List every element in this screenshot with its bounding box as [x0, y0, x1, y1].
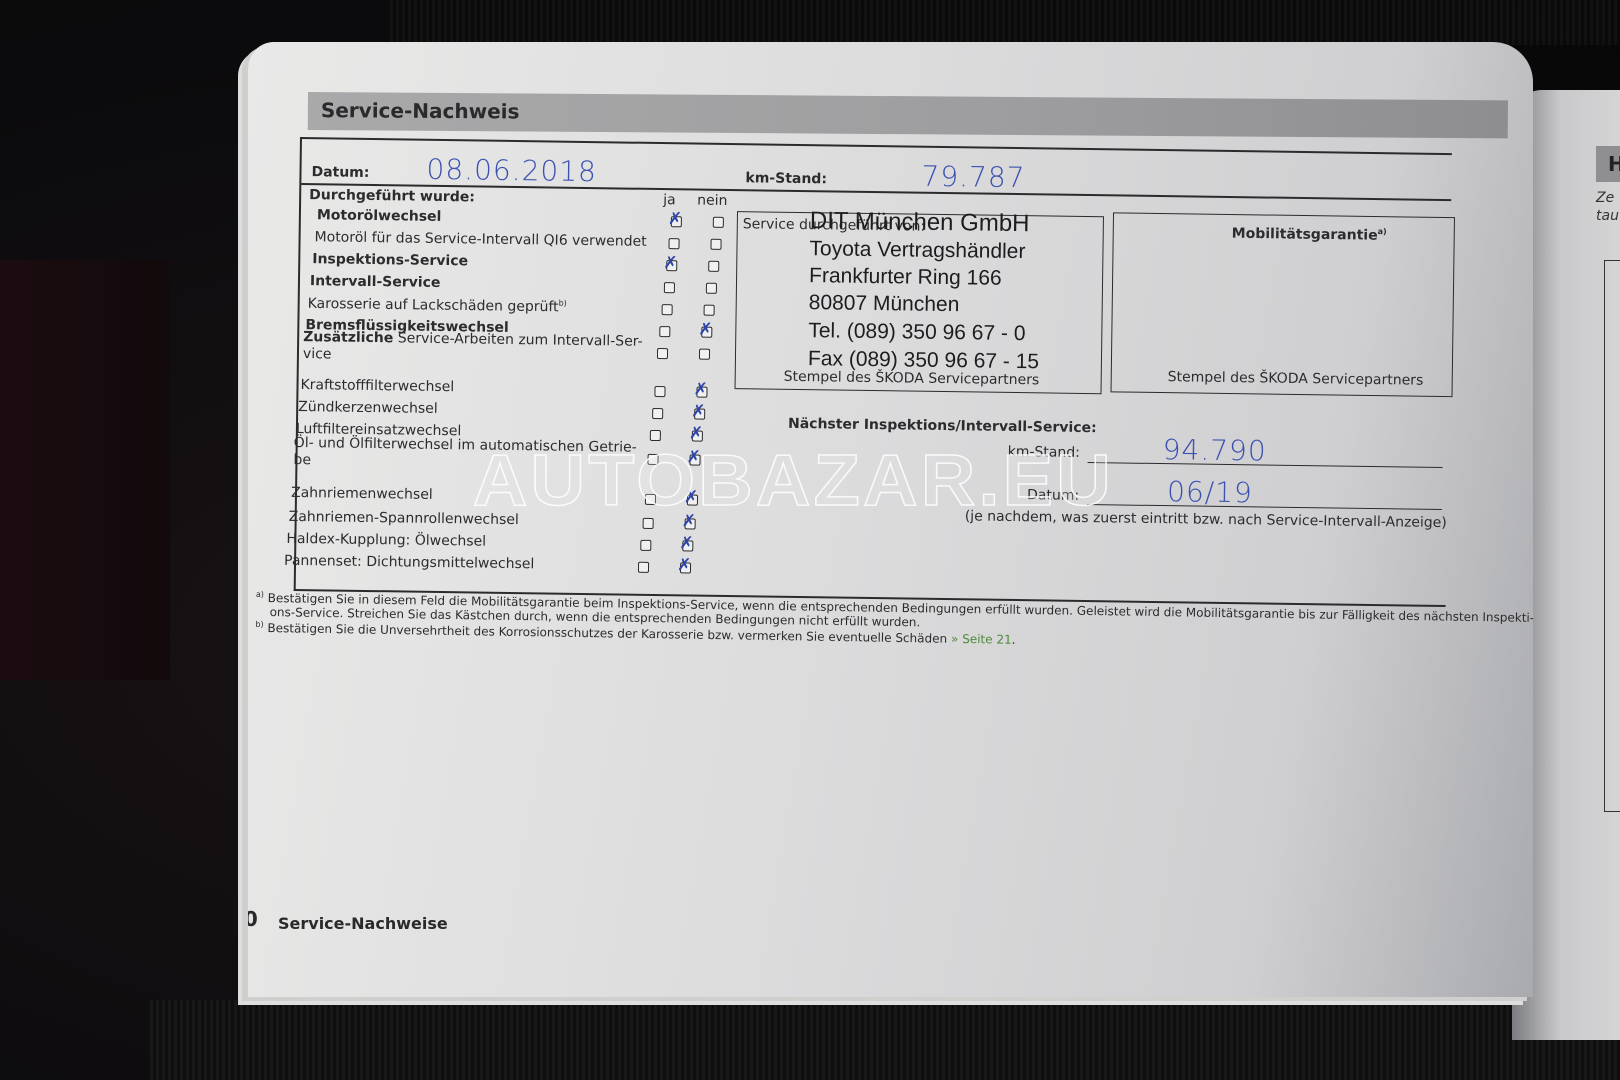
checklist-label: Zusätzliche Service-Arbeiten zum Interva… — [303, 329, 643, 368]
checklist-label: Karosserie auf Lackschäden geprüftb) — [308, 295, 567, 315]
checkbox-nein[interactable] — [706, 283, 717, 294]
date-label: Datum: — [311, 164, 369, 181]
page-section-title: Service-Nachweise — [278, 914, 448, 933]
service-stamp-box: Service durchgeführt von: DIT München Gm… — [735, 211, 1104, 394]
footnote-marker: a) — [256, 590, 264, 599]
next-km-value[interactable]: 94.790 — [1162, 433, 1266, 467]
checkbox-nein[interactable] — [701, 327, 712, 338]
right-page-box — [1604, 260, 1620, 812]
km-value[interactable]: 79.787 — [921, 160, 1025, 194]
checkbox-ja[interactable] — [654, 386, 665, 397]
footnote-end: . — [1012, 633, 1016, 647]
section-header: Service-Nachweis — [308, 92, 1508, 138]
date-value[interactable]: 08.06.2018 — [426, 153, 597, 188]
performed-label: Durchgeführt wurde: — [309, 187, 475, 205]
right-page-text: tau — [1596, 208, 1619, 224]
mobility-guarantee-box: Mobilitätsgarantiea) Stempel des ŠKODA S… — [1111, 212, 1455, 397]
checklist-label: Motorölwechsel — [317, 207, 442, 225]
checklist-label: Intervall-Service — [310, 273, 441, 291]
checklist-label: Motoröl für das Service-Intervall QI6 ve… — [314, 229, 646, 250]
next-date-value[interactable]: 06/19 — [1167, 475, 1253, 509]
stamp-line: DIT München GmbH — [810, 207, 1030, 238]
checkbox-ja[interactable] — [659, 326, 670, 337]
checkbox-ja[interactable] — [638, 562, 649, 573]
checkbox-ja[interactable] — [664, 282, 675, 293]
watermark: AUTOBAZAR.EU — [473, 440, 1114, 522]
background-fabric-bottom — [150, 1000, 1620, 1080]
footnote-marker: b) — [559, 299, 567, 308]
footnote-marker: b) — [255, 620, 263, 629]
background-seat — [0, 260, 170, 680]
checkbox-ja[interactable] — [657, 348, 668, 359]
checkbox-nein[interactable] — [696, 387, 707, 398]
mobility-title: Mobilitätsgarantiea) — [1232, 225, 1387, 244]
stamp-line: Tel. (089) 350 96 67 - 0 — [808, 319, 1025, 346]
checklist-label-bold: Zusätzliche — [303, 329, 393, 346]
checklist-label: Haldex-Kupplung: Ölwechsel — [286, 531, 486, 550]
checkbox-ja[interactable] — [640, 540, 651, 551]
column-nein: nein — [697, 193, 727, 209]
checkbox-nein[interactable] — [704, 305, 715, 316]
checklist-label: Kraftstofffilterwechsel — [300, 377, 454, 395]
checklist-label: Zündkerzenwechsel — [298, 399, 438, 417]
checkbox-nein[interactable] — [694, 409, 705, 420]
mobility-title-text: Mobilitätsgarantie — [1232, 226, 1378, 244]
checkbox-nein[interactable] — [699, 349, 710, 360]
checklist-label: Pannenset: Dichtungsmittelwechsel — [284, 553, 534, 572]
checkbox-ja[interactable] — [666, 260, 677, 271]
checkbox-nein[interactable] — [710, 239, 721, 250]
section-title: Service-Nachweis — [321, 98, 520, 123]
stamp-caption: Stempel des ŠKODA Servicepartners — [784, 369, 1040, 389]
column-ja: ja — [663, 192, 676, 208]
right-page-header: H — [1596, 146, 1620, 182]
mobility-footnote-marker: a) — [1378, 227, 1387, 236]
next-service-title: Nächster Inspektions/Intervall-Service: — [788, 416, 1097, 436]
next-date-line — [1087, 504, 1442, 510]
mobility-caption: Stempel des ŠKODA Servicepartners — [1168, 369, 1424, 389]
km-label: km-Stand: — [745, 170, 827, 187]
checkbox-ja[interactable] — [652, 408, 663, 419]
page-number: 20 — [248, 907, 258, 931]
checkbox-nein[interactable] — [713, 217, 724, 228]
service-record-form: Datum: 08.06.2018 km-Stand: 79.787 Durch… — [294, 137, 1452, 607]
checkbox-ja[interactable] — [668, 238, 679, 249]
checkbox-ja[interactable] — [671, 216, 682, 227]
checklist-label: Inspektions-Service — [312, 251, 468, 269]
stamp-line: Toyota Vertragshändler — [809, 237, 1025, 264]
checkbox-nein[interactable] — [708, 261, 719, 272]
stamp-line: Frankfurter Ring 166 — [809, 264, 1002, 291]
stamp-line: 80807 München — [809, 291, 960, 317]
right-page-header-text: H — [1608, 152, 1620, 176]
checkbox-nein[interactable] — [682, 540, 693, 551]
page-link[interactable]: » Seite 21 — [951, 632, 1012, 647]
right-page-text: Ze — [1596, 190, 1614, 206]
checklist-label: Zahnriemenwechsel — [291, 485, 433, 503]
checkbox-nein[interactable] — [680, 562, 691, 573]
checkbox-ja[interactable] — [662, 304, 673, 315]
background-fabric — [390, 0, 1620, 45]
